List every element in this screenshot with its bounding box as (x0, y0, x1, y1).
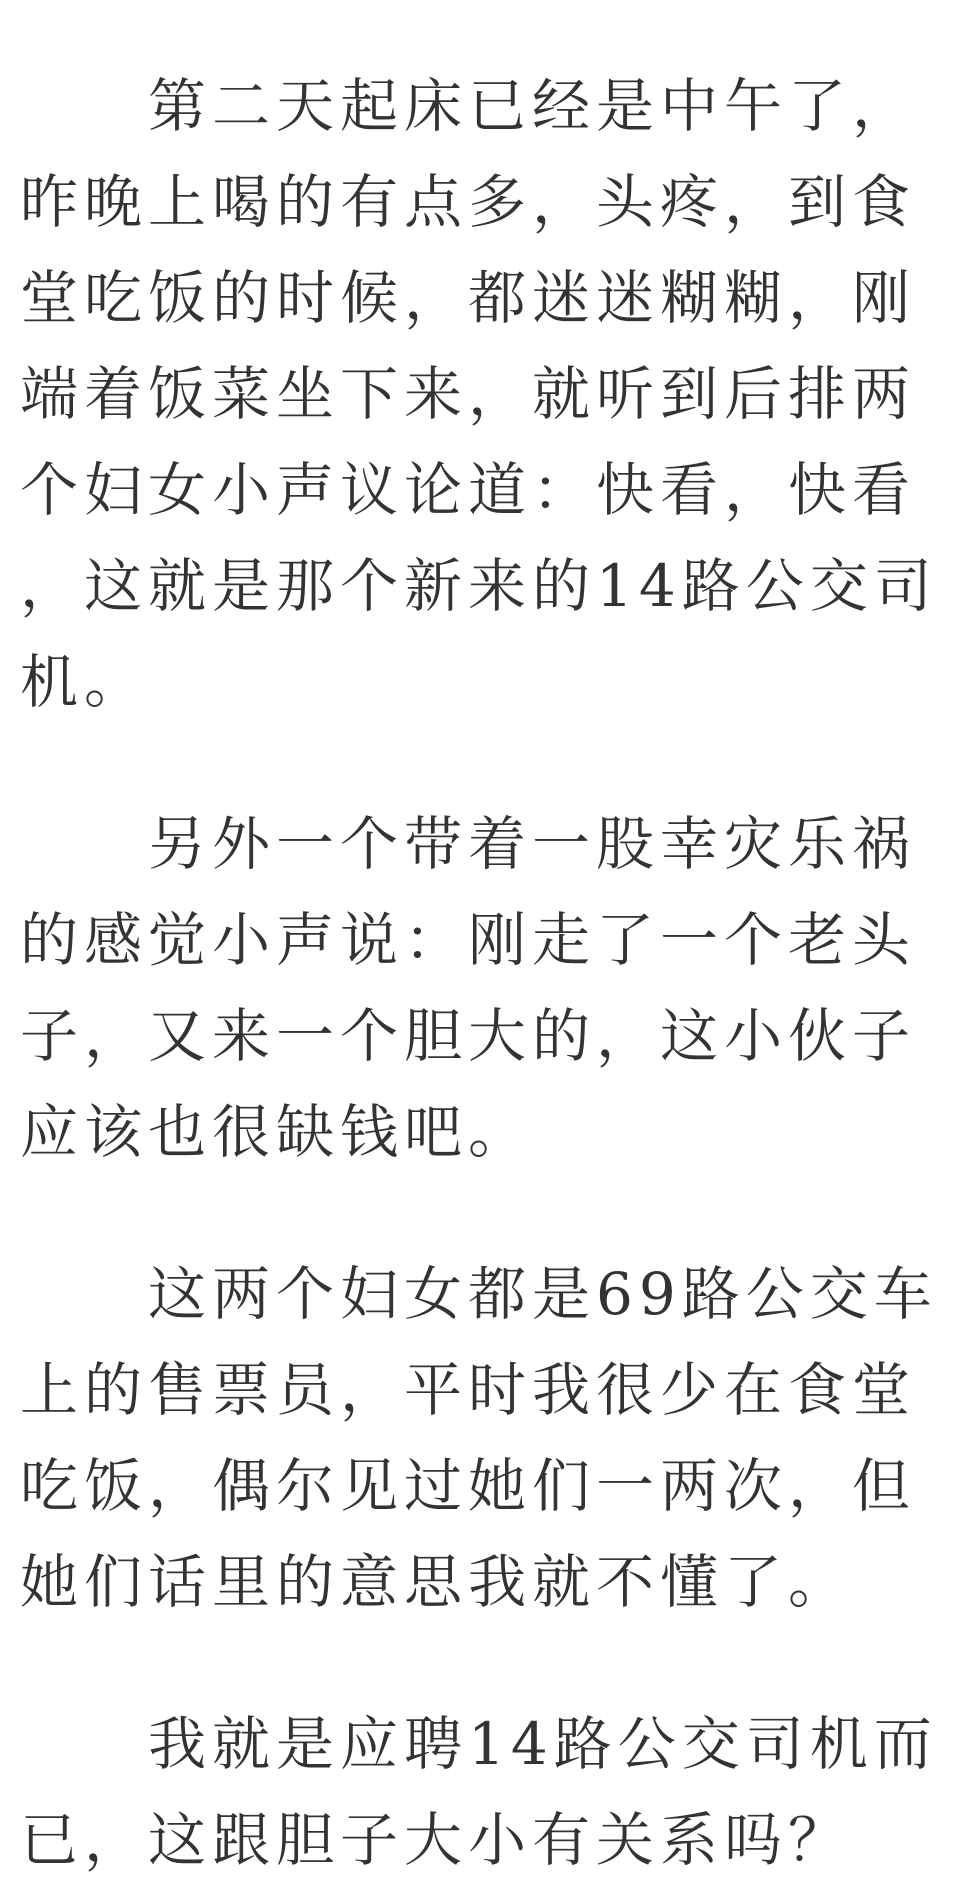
paragraph: 我就是应聘14路公交司机而 已，这跟胆子大小有关系吗？ (20, 1696, 942, 1888)
story-text-body: 第二天起床已经是中午了， 昨晚上喝的有点多，头疼，到食 堂吃饭的时候，都迷迷糊糊… (0, 0, 960, 1888)
text-line: ，这就是那个新来的14路公交司 (20, 538, 942, 634)
text-line: 机。 (20, 634, 942, 730)
text-line: 上的售票员，平时我很少在食堂 (20, 1342, 942, 1438)
text-line: 另外一个带着一股幸灾乐祸 (20, 796, 942, 892)
text-line: 昨晚上喝的有点多，头疼，到食 (20, 154, 942, 250)
text-line: 她们话里的意思我就不懂了。 (20, 1534, 942, 1630)
text-line: 这两个妇女都是69路公交车 (20, 1246, 942, 1342)
text-line: 第二天起床已经是中午了， (20, 58, 942, 154)
paragraph: 这两个妇女都是69路公交车 上的售票员，平时我很少在食堂 吃饭，偶尔见过她们一两… (20, 1246, 942, 1630)
paragraph: 另外一个带着一股幸灾乐祸 的感觉小声说：刚走了一个老头 子，又来一个胆大的，这小… (20, 796, 942, 1180)
text-line: 应该也很缺钱吧。 (20, 1084, 942, 1180)
text-line: 个妇女小声议论道：快看，快看 (20, 442, 942, 538)
paragraph: 第二天起床已经是中午了， 昨晚上喝的有点多，头疼，到食 堂吃饭的时候，都迷迷糊糊… (20, 58, 942, 730)
document-page: 第二天起床已经是中午了， 昨晚上喝的有点多，头疼，到食 堂吃饭的时候，都迷迷糊糊… (0, 0, 960, 1896)
text-line: 堂吃饭的时候，都迷迷糊糊，刚 (20, 250, 942, 346)
text-line: 已，这跟胆子大小有关系吗？ (20, 1792, 942, 1888)
text-line: 的感觉小声说：刚走了一个老头 (20, 892, 942, 988)
text-line: 子，又来一个胆大的，这小伙子 (20, 988, 942, 1084)
text-line: 我就是应聘14路公交司机而 (20, 1696, 942, 1792)
text-line: 吃饭，偶尔见过她们一两次，但 (20, 1438, 942, 1534)
text-line: 端着饭菜坐下来，就听到后排两 (20, 346, 942, 442)
